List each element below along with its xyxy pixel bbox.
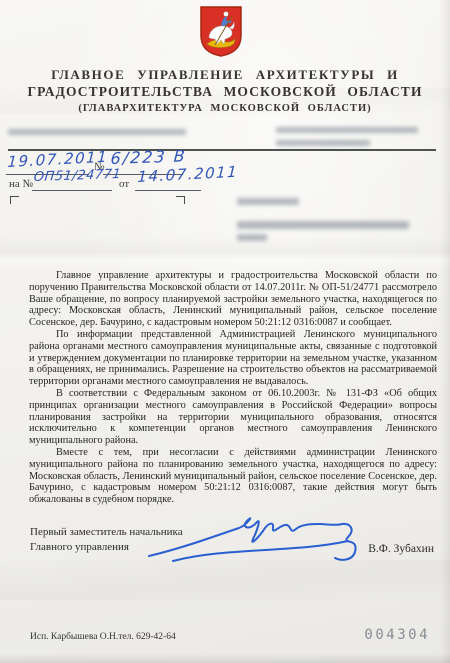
paragraph-3: В соответствии с Федеральным законом от …: [29, 388, 437, 447]
registration-stamp-number: 004304: [364, 627, 430, 643]
redacted-phone-fax: [276, 127, 418, 133]
redacted-addressee-name: [237, 198, 299, 205]
org-name-line2: ГРАДОСТРОИТЕЛЬСТВА МОСКОВСКОЙ ОБЛАСТИ: [0, 83, 450, 100]
addressee-corner-mark-left: [10, 196, 19, 204]
redacted-addressee-address: [237, 221, 409, 229]
handwritten-incoming-date: 14.07.2011: [137, 163, 239, 186]
letterhead-title: ГЛАВНОЕ УПРАВЛЕНИЕ АРХИТЕКТУРЫ И ГРАДОСТ…: [0, 66, 450, 116]
handwritten-incoming-number: ОП51/24771: [33, 167, 122, 185]
paragraph-1: Главное управление архитектуры и градост…: [29, 270, 437, 329]
handwritten-outgoing-number: 6/223 В: [110, 146, 187, 168]
paragraph-2: По информации представленной Администрац…: [29, 329, 437, 388]
scan-edge-shadow: [0, 654, 450, 663]
reply-date-label: от: [119, 178, 129, 190]
moscow-region-coat-of-arms-icon: [199, 5, 243, 57]
handwritten-signature: [143, 504, 373, 572]
redacted-email: [276, 140, 370, 146]
form-underline: [135, 190, 201, 191]
paragraph-4: Вместе с тем, при несогласии с действиям…: [29, 447, 437, 506]
redacted-sender-address: [8, 129, 186, 135]
form-underline: [32, 190, 112, 191]
executor-line: Исп. Карбышева О.Н.тел. 629-42-64: [30, 632, 176, 642]
letter-body: Главное управление архитектуры и градост…: [29, 270, 437, 506]
scanned-letter-page: ГЛАВНОЕ УПРАВЛЕНИЕ АРХИТЕКТУРЫ И ГРАДОСТ…: [0, 0, 450, 663]
addressee-corner-mark-right: [176, 196, 185, 204]
paper-crease: [0, 236, 450, 270]
org-name-line3: (ГЛАВАРХИТЕКТУРА МОСКОВСКОЙ ОБЛАСТИ): [0, 102, 450, 116]
org-name-line1: ГЛАВНОЕ УПРАВЛЕНИЕ АРХИТЕКТУРЫ И: [0, 66, 450, 83]
redacted-addressee-address2: [237, 234, 267, 241]
reply-to-number-label: на №: [9, 178, 33, 190]
signer-name: В.Ф. Зубахин: [368, 543, 434, 555]
